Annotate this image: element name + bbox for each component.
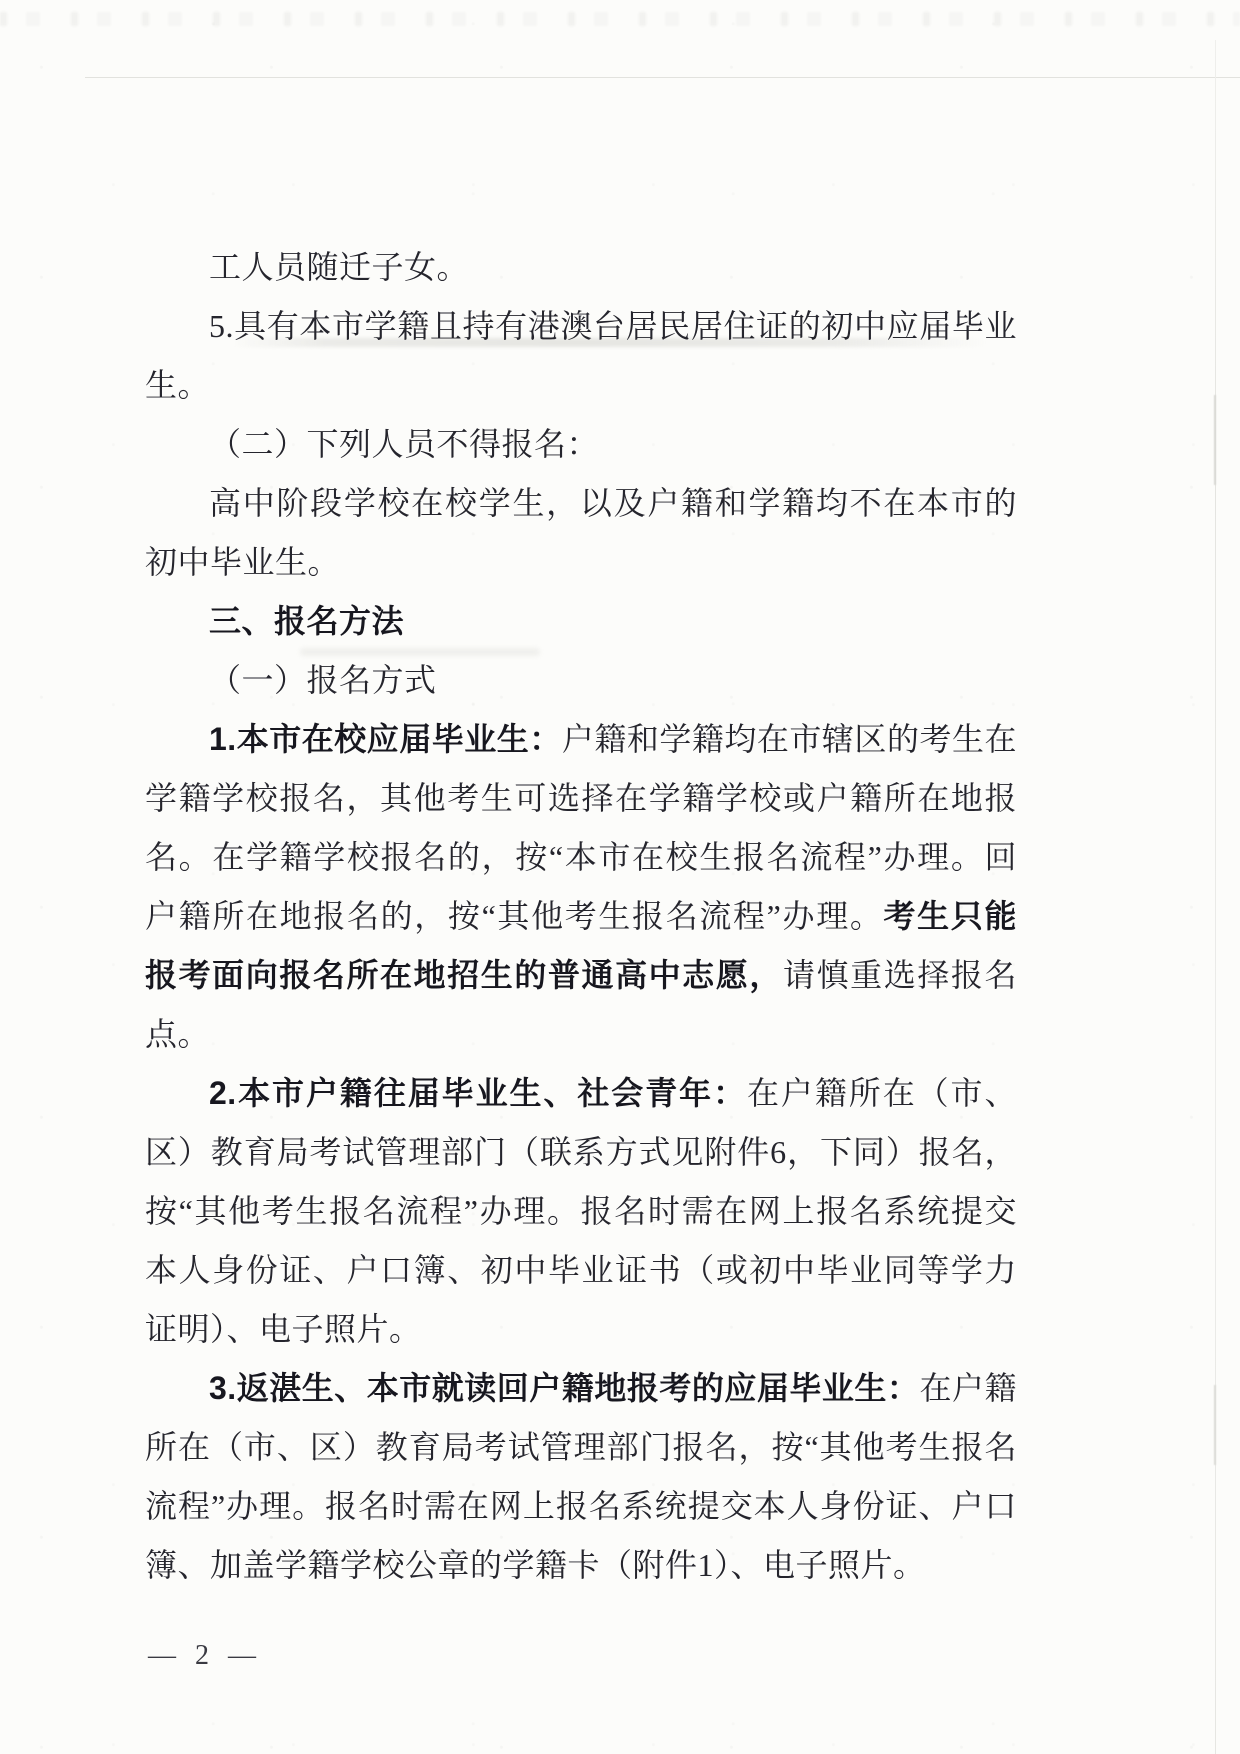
paragraph: 1.本市在校应届毕业生：户籍和学籍均在市辖区的考生在学籍学校报名，其他考生可选择… xyxy=(145,710,1017,1064)
document-body: 工人员随迁子女。5.具有本市学籍且持有港澳台居民居住证的初中应届毕业生。（二）下… xyxy=(145,238,1017,1595)
paragraph: 工人员随迁子女。 xyxy=(145,238,1017,297)
document-page: 工人员随迁子女。5.具有本市学籍且持有港澳台居民居住证的初中应届毕业生。（二）下… xyxy=(0,0,1240,1754)
paragraph: （一）报名方式 xyxy=(145,651,1017,710)
paragraph: 3.返湛生、本市就读回户籍地报考的应届毕业生：在户籍所在（市、区）教育局考试管理… xyxy=(145,1359,1017,1595)
body-text: 工人员随迁子女。 xyxy=(209,249,469,285)
body-text: （二）下列人员不得报名： xyxy=(209,426,599,462)
scan-vertical-mark-lower xyxy=(1214,1385,1216,1465)
emphasis-text: 2.本市户籍往届毕业生、社会青年： xyxy=(209,1075,747,1111)
page-number: — 2 — xyxy=(148,1640,262,1672)
body-text: 5.具有本市学籍且持有港澳台居民居住证的初中应届毕业生。 xyxy=(145,308,1017,403)
scan-vertical-line xyxy=(1215,40,1216,1754)
scan-speckle-band xyxy=(0,12,1240,26)
section-heading: 三、报名方法 xyxy=(145,592,1017,651)
body-text: 高中阶段学校在校学生，以及户籍和学籍均不在本市的初中毕业生。 xyxy=(145,485,1017,580)
emphasis-text: 三、报名方法 xyxy=(209,603,404,639)
scan-horizontal-line xyxy=(85,77,1240,78)
emphasis-text: 1.本市在校应届毕业生： xyxy=(209,721,562,757)
scan-vertical-mark-upper xyxy=(1214,395,1216,485)
paragraph: （二）下列人员不得报名： xyxy=(145,415,1017,474)
body-text: 在户籍所在（市、区）教育局考试管理部门（联系方式见附件6，下同）报名，按“其他考… xyxy=(145,1075,1017,1347)
paragraph: 高中阶段学校在校学生，以及户籍和学籍均不在本市的初中毕业生。 xyxy=(145,474,1017,592)
emphasis-text: 3.返湛生、本市就读回户籍地报考的应届毕业生： xyxy=(209,1370,919,1406)
paragraph: 2.本市户籍往届毕业生、社会青年：在户籍所在（市、区）教育局考试管理部门（联系方… xyxy=(145,1064,1017,1359)
body-text: （一）报名方式 xyxy=(209,662,437,698)
paragraph: 5.具有本市学籍且持有港澳台居民居住证的初中应届毕业生。 xyxy=(145,297,1017,415)
